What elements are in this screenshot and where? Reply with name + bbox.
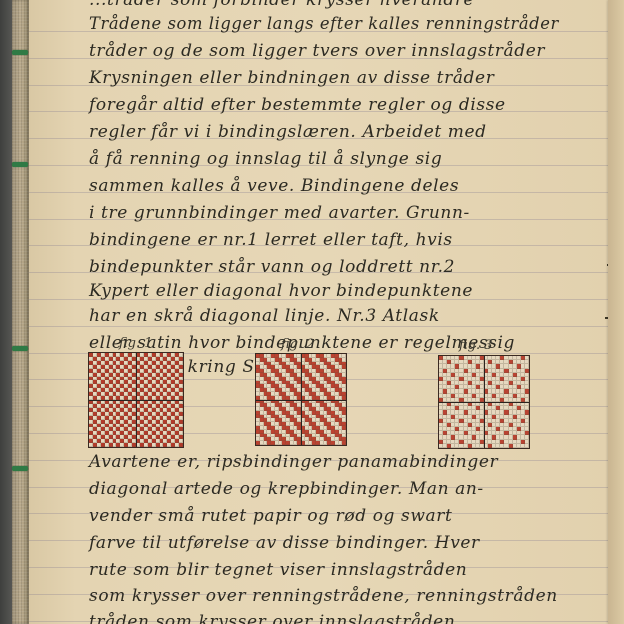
text-line: ...tråder som forbinder krysser hverandr… (89, 0, 474, 10)
text-line: Krysningen eller bindningen av disse trå… (89, 68, 494, 88)
text-line: bindingene er nr.1 lerret eller taft, hv… (89, 230, 453, 250)
quadrant-divider (256, 400, 346, 401)
text-line: bindepunkter står vann og loddrett nr.2 (89, 257, 455, 277)
green-stitch (12, 50, 28, 55)
cloth-binding-strip (12, 0, 29, 624)
text-line: regler får vi i bindingslæren. Arbeidet … (89, 122, 487, 142)
green-stitch (12, 466, 28, 471)
quadrant-divider (439, 402, 529, 403)
text-line: farve til utførelse av disse bindinger. … (89, 533, 480, 553)
figure-2-label: fig. 2 (281, 337, 315, 352)
text-line: Kypert eller diagonal hvor bindepunktene (89, 281, 473, 301)
quadrant-divider (89, 400, 183, 401)
green-stitch (12, 346, 28, 351)
ruled-line (29, 326, 613, 327)
figure-3-label: fig. 3 (459, 338, 493, 353)
figure-2-twill-weave (255, 353, 347, 446)
next-page-edge (608, 0, 624, 624)
text-line: diagonal artede og krepbindinger. Man an… (89, 479, 484, 499)
figure-1-plain-weave (88, 352, 184, 448)
text-line: foregår altid efter bestemmte regler og … (89, 95, 506, 115)
text-line: tråden som krysser over innslagstråden (89, 612, 455, 624)
notebook-page: ...tråder som forbinder krysser hverandr… (29, 0, 613, 624)
text-line: som krysser over renningstrådene, rennin… (89, 586, 558, 606)
green-stitch (12, 162, 28, 167)
text-line: sammen kalles å veve. Bindingene deles (89, 176, 459, 196)
text-line: å få renning og innslag til å slynge sig (89, 149, 442, 169)
text-line: vender små rutet papir og rød og swart (89, 506, 452, 526)
text-line: Trådene som ligger langs efter kalles re… (89, 14, 559, 34)
text-line: tråder og de som ligger tvers over innsl… (89, 41, 545, 61)
figure-1-label: fig. 1 (119, 336, 153, 351)
text-line: rute som blir tegnet viser innslagstråde… (89, 560, 467, 580)
text-line: har en skrå diagonal linje. Nr.3 Atlask (89, 306, 440, 326)
text-line: Avartene er, ripsbindinger panamabinding… (89, 452, 498, 472)
text-line: i tre grunnbindinger med avarter. Grunn- (89, 203, 470, 223)
figure-3-satin-weave (438, 355, 530, 449)
